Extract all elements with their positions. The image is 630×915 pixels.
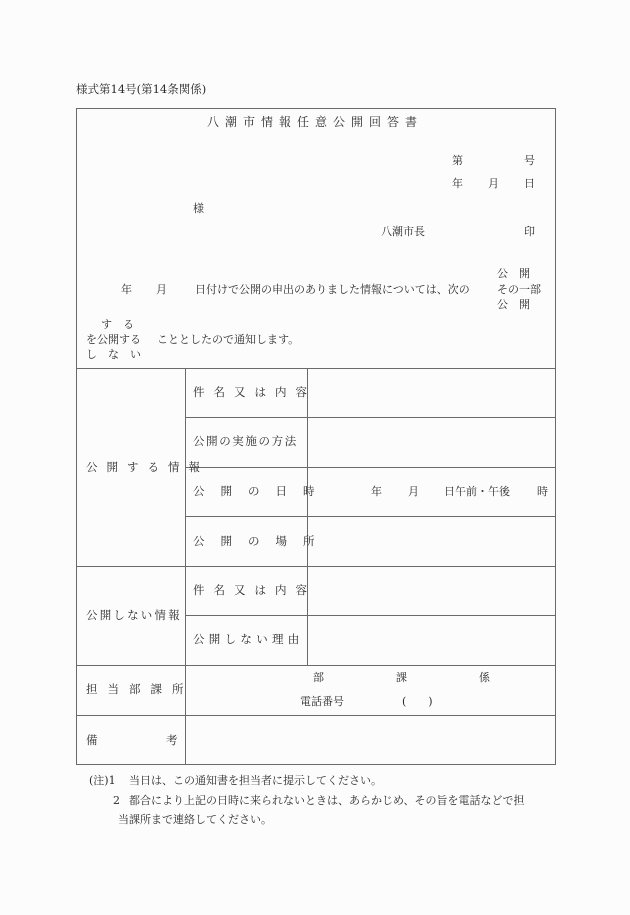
- addressee-suffix: 様: [193, 203, 204, 214]
- row-divider: [185, 467, 556, 468]
- row-label-datetime: 公開の日時: [193, 486, 331, 498]
- reason-field[interactable]: [309, 617, 554, 663]
- body-month: 月: [156, 284, 167, 295]
- datetime-month: 月: [408, 486, 419, 497]
- place-field[interactable]: [309, 518, 554, 564]
- row-divider: [185, 516, 556, 517]
- department-kakari: 係: [479, 672, 490, 683]
- section-label-department: 担当部課所: [86, 684, 194, 696]
- phone-label: 電話番号: [300, 696, 344, 707]
- method-field[interactable]: [309, 419, 554, 465]
- row-divider: [185, 615, 556, 616]
- nd-subject-field[interactable]: [309, 568, 554, 614]
- row-divider: [76, 715, 556, 716]
- note-2-line-2: 当課所まで連絡してください。: [118, 814, 272, 825]
- choice-disclose-full: 公 開: [497, 268, 530, 279]
- remarks-field[interactable]: [187, 717, 554, 763]
- document-title: 八潮市情報任意公開回答書: [0, 116, 630, 128]
- row-label-method: 公開の実施の方法: [193, 436, 298, 448]
- row-divider: [185, 417, 556, 418]
- note-2-number: 2: [113, 795, 120, 806]
- choice-do-not: し な い: [86, 349, 141, 360]
- phone-parens: ( ): [402, 696, 433, 707]
- note-1: 当日は、この通知書を担当者に提示してください。: [129, 775, 382, 786]
- note-2-line-1: 都合により上記の日時に来られないときは、あらかじめ、その旨を電話などで担: [129, 795, 525, 806]
- issuer-name: 八潮市長: [381, 226, 425, 237]
- body-sentence: 日付けで公開の申出のありました情報については、次の: [195, 284, 470, 295]
- form-number-label: 様式第14号(第14条関係): [76, 84, 206, 96]
- row-label-subject: 件名又は内容: [193, 387, 316, 399]
- department-bu: 部: [313, 672, 324, 683]
- date-day: 日: [524, 178, 535, 189]
- column-divider: [185, 368, 186, 765]
- row-label-nd-subject: 件名又は内容: [193, 585, 316, 597]
- remarks-label-left: 備: [86, 735, 98, 747]
- row-divider: [76, 566, 556, 567]
- date-month: 月: [488, 178, 499, 189]
- column-divider: [307, 368, 308, 665]
- body-year: 年: [121, 284, 132, 295]
- subject-field[interactable]: [309, 370, 554, 416]
- datetime-day-ampm: 日午前・午後: [444, 486, 510, 497]
- number-suffix: 号: [524, 155, 535, 166]
- remarks-label-right: 考: [166, 735, 178, 747]
- department-ka: 課: [396, 672, 407, 683]
- row-divider: [76, 665, 556, 666]
- row-divider: [76, 368, 556, 369]
- date-year: 年: [452, 178, 463, 189]
- closing-sentence: こととしたので通知します。: [157, 334, 299, 345]
- choice-disclose-label: 公 開: [497, 299, 530, 310]
- document-number-field[interactable]: [466, 152, 516, 168]
- row-label-reason: 公開しない理由: [193, 634, 304, 646]
- choice-to-disclose: を公開する: [86, 334, 141, 345]
- section-label-disclosed: 公開する情報: [86, 462, 209, 474]
- section-label-not-disclosed: 公開しない情報: [86, 610, 182, 622]
- datetime-year: 年: [371, 486, 382, 497]
- seal-mark: 印: [524, 226, 535, 237]
- choice-disclose-partial: その一部: [497, 284, 541, 295]
- datetime-hour: 時: [537, 486, 548, 497]
- number-prefix: 第: [452, 155, 463, 166]
- notes-prefix: (注)1: [89, 775, 116, 786]
- choice-do: す る: [101, 319, 134, 330]
